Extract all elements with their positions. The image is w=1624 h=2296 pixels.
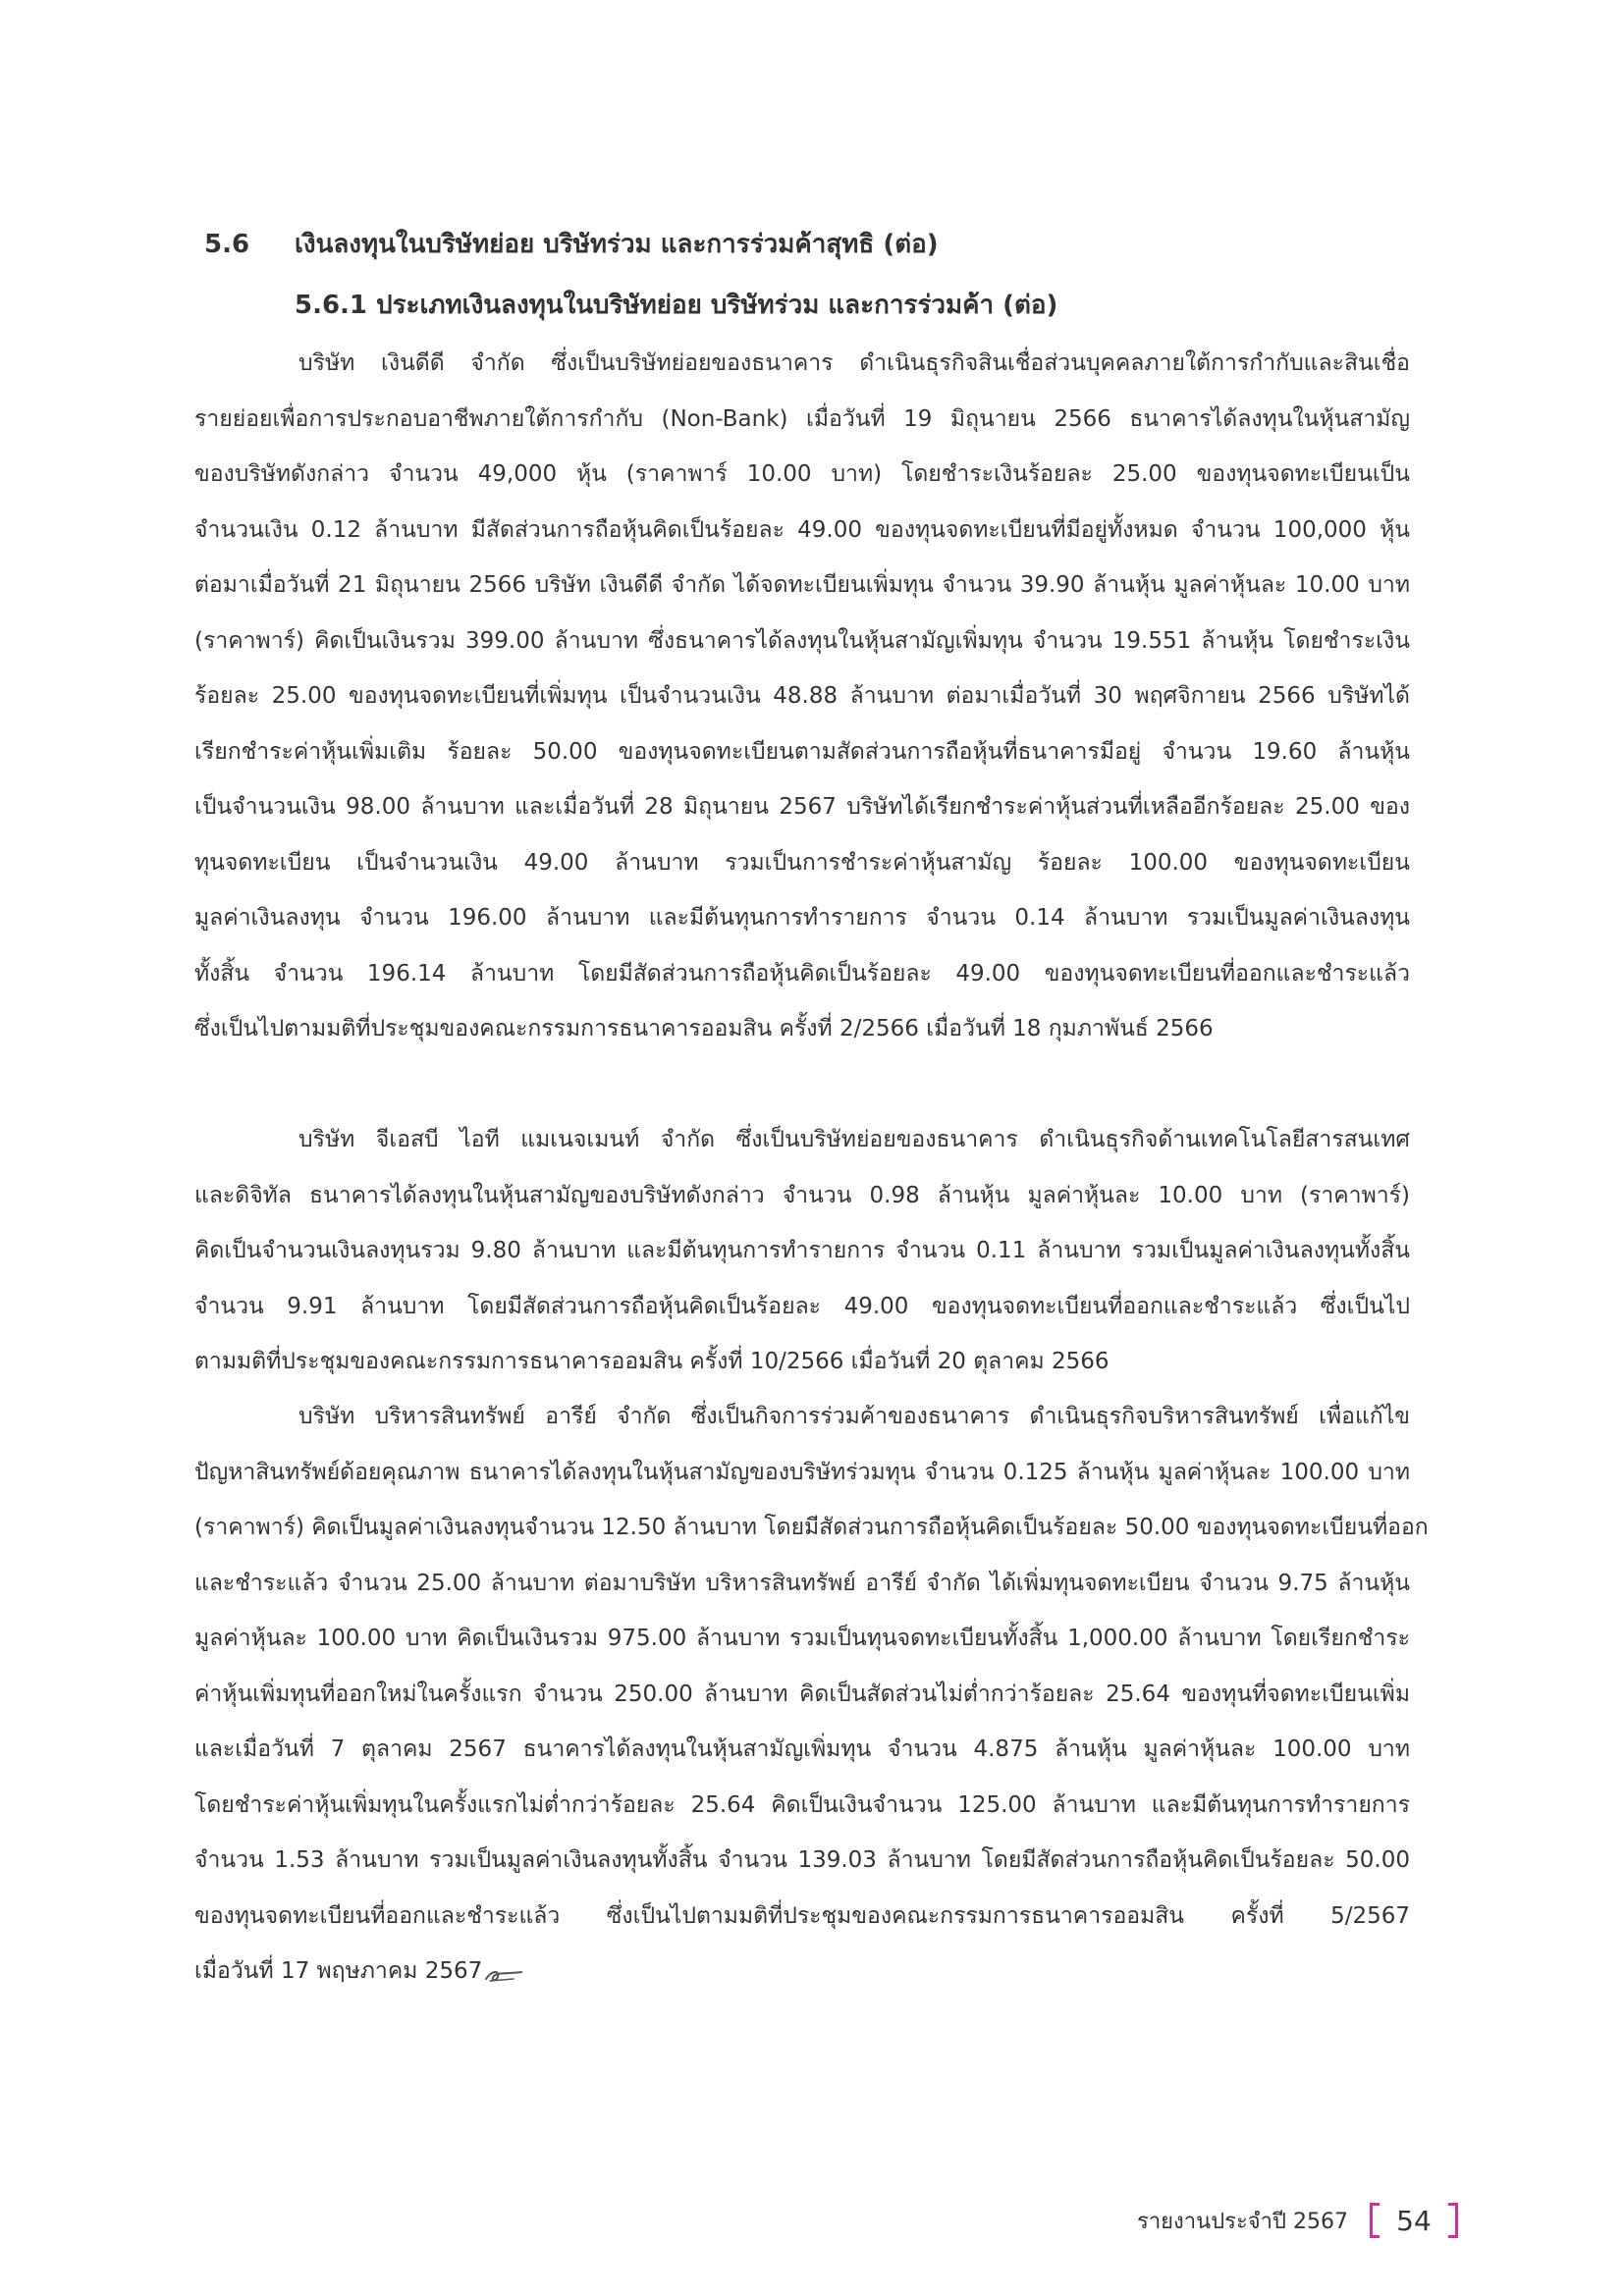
text-line: และชำระแล้ว จำนวน 25.00 ล้านบาท ต่อมาบริ… bbox=[194, 1556, 1410, 1612]
text-line: (ราคาพาร์) คิดเป็นเงินรวม 399.00 ล้านบาท… bbox=[194, 614, 1410, 669]
closing-date-text: เมื่อวันที่ 17 พฤษภาคม 2567 bbox=[194, 1958, 482, 1984]
text-line: มูลค่าเงินลงทุน จำนวน 196.00 ล้านบาท และ… bbox=[194, 890, 1410, 946]
text-line: เรียกชำระค่าหุ้นเพิ่มเติม ร้อยละ 50.00 ข… bbox=[194, 724, 1410, 780]
page-number: 54 bbox=[1380, 2205, 1448, 2237]
text-line: รายย่อยเพื่อการประกอบอาชีพภายใต้การกำกับ… bbox=[194, 392, 1410, 448]
subsection-heading: 5.6.1 ประเภทเงินลงทุนในบริษัทย่อย บริษัท… bbox=[295, 285, 1057, 325]
paragraph-ngern-dee-dee: บริษัท เงินดีดี จำกัด ซึ่งเป็นบริษัทย่อย… bbox=[194, 336, 1410, 1057]
text-line: บริษัท จีเอสบี ไอที แมเนจเมนท์ จำกัด ซึ่… bbox=[194, 1112, 1410, 1168]
text-line: ทั้งสิ้น จำนวน 196.14 ล้านบาท โดยมีสัดส่… bbox=[194, 946, 1410, 1002]
section-title: เงินลงทุนในบริษัทย่อย บริษัทร่วม และการร… bbox=[295, 230, 939, 259]
right-bracket-decoration bbox=[1448, 2203, 1458, 2238]
text-line: ซึ่งเป็นไปตามมติที่ประชุมของคณะกรรมการธน… bbox=[194, 1001, 1410, 1057]
text-line: เมื่อวันที่ 17 พฤษภาคม 2567 bbox=[194, 1944, 1410, 2000]
text-line: ของบริษัทดังกล่าว จำนวน 49,000 หุ้น (ราค… bbox=[194, 447, 1410, 503]
text-line: บริษัท บริหารสินทรัพย์ อารีย์ จำกัด ซึ่ง… bbox=[194, 1389, 1410, 1445]
text-line: ของทุนจดทะเบียนที่ออกและชำระแล้ว ซึ่งเป็… bbox=[194, 1889, 1410, 1945]
text-line: และดิจิทัล ธนาคารได้ลงทุนในหุ้นสามัญของบ… bbox=[194, 1168, 1410, 1224]
text-line: และเมื่อวันที่ 7 ตุลาคม 2567 ธนาคารได้ลง… bbox=[194, 1722, 1410, 1778]
text-line: คิดเป็นจำนวนเงินลงทุนรวม 9.80 ล้านบาท แล… bbox=[194, 1223, 1410, 1279]
text-line: (ราคาพาร์) คิดเป็นมูลค่าเงินลงทุนจำนวน 1… bbox=[194, 1500, 1410, 1556]
text-line: ตามมติที่ประชุมของคณะกรรมการธนาคารออมสิน… bbox=[194, 1334, 1410, 1390]
text-line: ปัญหาสินทรัพย์ด้อยคุณภาพ ธนาคารได้ลงทุนใ… bbox=[194, 1445, 1410, 1501]
document-page: 5.6เงินลงทุนในบริษัทย่อย บริษัทร่วม และก… bbox=[0, 0, 1624, 2296]
text-line: จำนวน 9.91 ล้านบาท โดยมีสัดส่วนการถือหุ้… bbox=[194, 1279, 1410, 1335]
text-line: ร้อยละ 25.00 ของทุนจดทะเบียนที่เพิ่มทุน … bbox=[194, 668, 1410, 724]
report-title: รายงานประจำปี 2567 bbox=[1137, 2204, 1348, 2238]
section-number: 5.6 bbox=[204, 230, 295, 259]
text-line: มูลค่าหุ้นละ 100.00 บาท คิดเป็นเงินรวม 9… bbox=[194, 1611, 1410, 1667]
text-line: ค่าหุ้นเพิ่มทุนที่ออกใหม่ในครั้งแรก จำนว… bbox=[194, 1667, 1410, 1723]
text-line: เป็นจำนวนเงิน 98.00 ล้านบาท และเมื่อวันท… bbox=[194, 779, 1410, 835]
text-line: บริษัท เงินดีดี จำกัด ซึ่งเป็นบริษัทย่อย… bbox=[194, 336, 1410, 392]
signature-icon bbox=[484, 1966, 523, 1984]
paragraph-gsb-it-management: บริษัท จีเอสบี ไอที แมเนจเมนท์ จำกัด ซึ่… bbox=[194, 1112, 1410, 1390]
left-bracket-decoration bbox=[1370, 2203, 1380, 2238]
page-footer: รายงานประจำปี 2567 54 bbox=[1137, 2191, 1458, 2250]
text-line: ทุนจดทะเบียน เป็นจำนวนเงิน 49.00 ล้านบาท… bbox=[194, 835, 1410, 891]
section-heading: 5.6เงินลงทุนในบริษัทย่อย บริษัทร่วม และก… bbox=[204, 224, 939, 264]
text-line: ต่อมาเมื่อวันที่ 21 มิถุนายน 2566 บริษัท… bbox=[194, 558, 1410, 614]
text-line: จำนวน 1.53 ล้านบาท รวมเป็นมูลค่าเงินลงทุ… bbox=[194, 1833, 1410, 1889]
text-line: โดยชำระค่าหุ้นเพิ่มทุนในครั้งแรกไม่ต่ำกว… bbox=[194, 1778, 1410, 1834]
text-line: จำนวนเงิน 0.12 ล้านบาท มีสัดส่วนการถือหุ… bbox=[194, 503, 1410, 559]
paragraph-ari-asset-management: บริษัท บริหารสินทรัพย์ อารีย์ จำกัด ซึ่ง… bbox=[194, 1389, 1410, 2000]
